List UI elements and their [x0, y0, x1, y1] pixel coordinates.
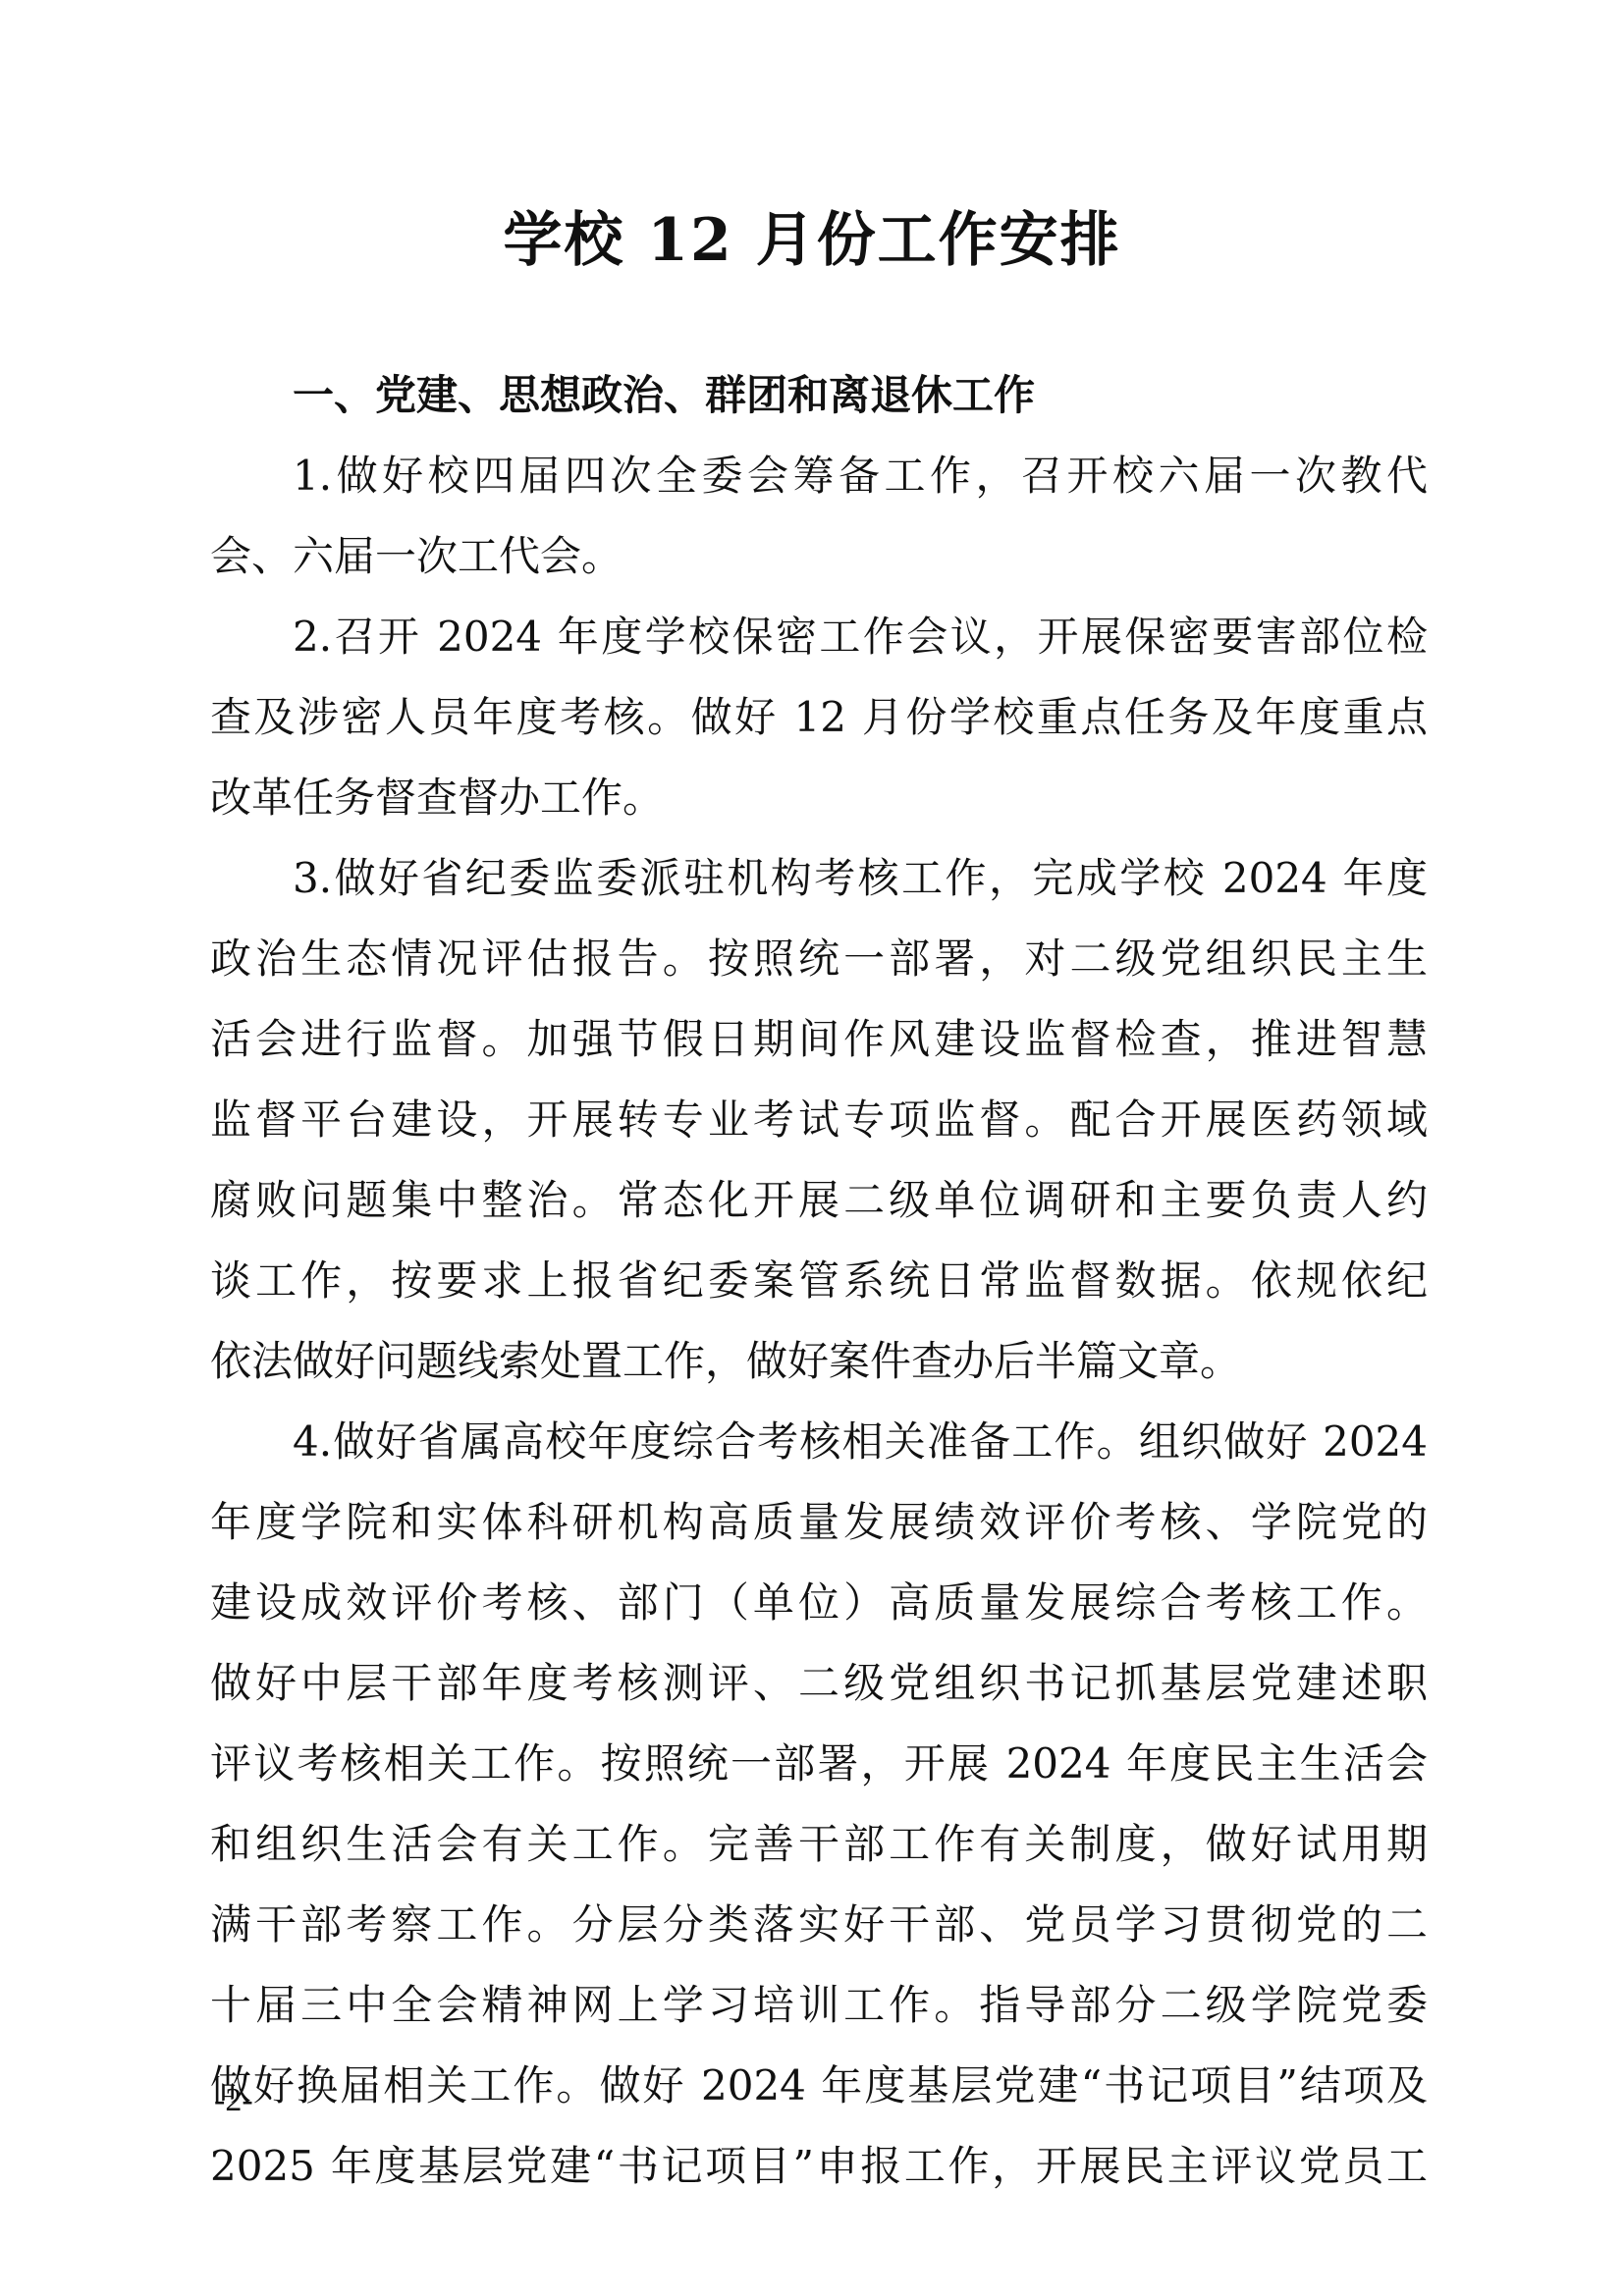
paragraph-line: 做好中层干部年度考核测评、二级党组织书记抓基层党建述职: [210, 1643, 1428, 1724]
paragraph-line: 会、六届一次工代会。: [210, 516, 1428, 597]
paragraph-line: 1.做好校四届四次全委会筹备工作，召开校六届一次教代: [210, 436, 1428, 516]
paragraph-line: 腐败问题集中整治。常态化开展二级单位调研和主要负责人约: [210, 1160, 1428, 1241]
paragraph-line: 建设成效评价考核、部门（单位）高质量发展综合考核工作。: [210, 1563, 1428, 1643]
paragraph-4: 4.做好省属高校年度综合考核相关准备工作。组织做好 2024 年度学院和实体科研…: [210, 1402, 1428, 2207]
paragraph-1: 1.做好校四届四次全委会筹备工作，召开校六届一次教代 会、六届一次工代会。: [210, 436, 1428, 597]
paragraph-line: 满干部考察工作。分层分类落实好干部、党员学习贯彻党的二: [210, 1885, 1428, 1965]
page-number: -2-: [214, 2081, 253, 2120]
paragraph-line: 改革任务督查督办工作。: [210, 758, 1428, 838]
document-page: 学校 12 月份工作安排 一、党建、思想政治、群团和离退休工作 1.做好校四届四…: [0, 0, 1624, 2296]
paragraph-line: 做好换届相关工作。做好 2024 年度基层党建“书记项目”结项及: [210, 2046, 1428, 2126]
section-heading: 一、党建、思想政治、群团和离退休工作: [210, 355, 1428, 436]
paragraph-line: 2.召开 2024 年度学校保密工作会议，开展保密要害部位检: [210, 597, 1428, 677]
paragraph-line: 2025 年度基层党建“书记项目”申报工作，开展民主评议党员工: [210, 2126, 1428, 2207]
paragraph-line: 十届三中全会精神网上学习培训工作。指导部分二级学院党委: [210, 1965, 1428, 2046]
paragraph-line: 政治生态情况评估报告。按照统一部署，对二级党组织民主生: [210, 919, 1428, 999]
paragraph-3: 3.做好省纪委监委派驻机构考核工作，完成学校 2024 年度 政治生态情况评估报…: [210, 838, 1428, 1402]
document-title: 学校 12 月份工作安排: [0, 201, 1624, 280]
paragraph-line: 3.做好省纪委监委派驻机构考核工作，完成学校 2024 年度: [210, 838, 1428, 919]
paragraph-line: 活会进行监督。加强节假日期间作风建设监督检查，推进智慧: [210, 999, 1428, 1080]
paragraph-line: 评议考核相关工作。按照统一部署，开展 2024 年度民主生活会: [210, 1724, 1428, 1804]
paragraph-line: 年度学院和实体科研机构高质量发展绩效评价考核、学院党的: [210, 1482, 1428, 1563]
document-body: 一、党建、思想政治、群团和离退休工作 1.做好校四届四次全委会筹备工作，召开校六…: [210, 355, 1428, 2207]
paragraph-line: 谈工作，按要求上报省纪委案管系统日常监督数据。依规依纪: [210, 1241, 1428, 1321]
paragraph-line: 监督平台建设，开展转专业考试专项监督。配合开展医药领域: [210, 1080, 1428, 1160]
paragraph-2: 2.召开 2024 年度学校保密工作会议，开展保密要害部位检 查及涉密人员年度考…: [210, 597, 1428, 838]
paragraph-line: 查及涉密人员年度考核。做好 12 月份学校重点任务及年度重点: [210, 677, 1428, 758]
paragraph-line: 和组织生活会有关工作。完善干部工作有关制度，做好试用期: [210, 1804, 1428, 1885]
paragraph-line: 依法做好问题线索处置工作，做好案件查办后半篇文章。: [210, 1321, 1428, 1402]
paragraph-line: 4.做好省属高校年度综合考核相关准备工作。组织做好 2024: [210, 1402, 1428, 1482]
